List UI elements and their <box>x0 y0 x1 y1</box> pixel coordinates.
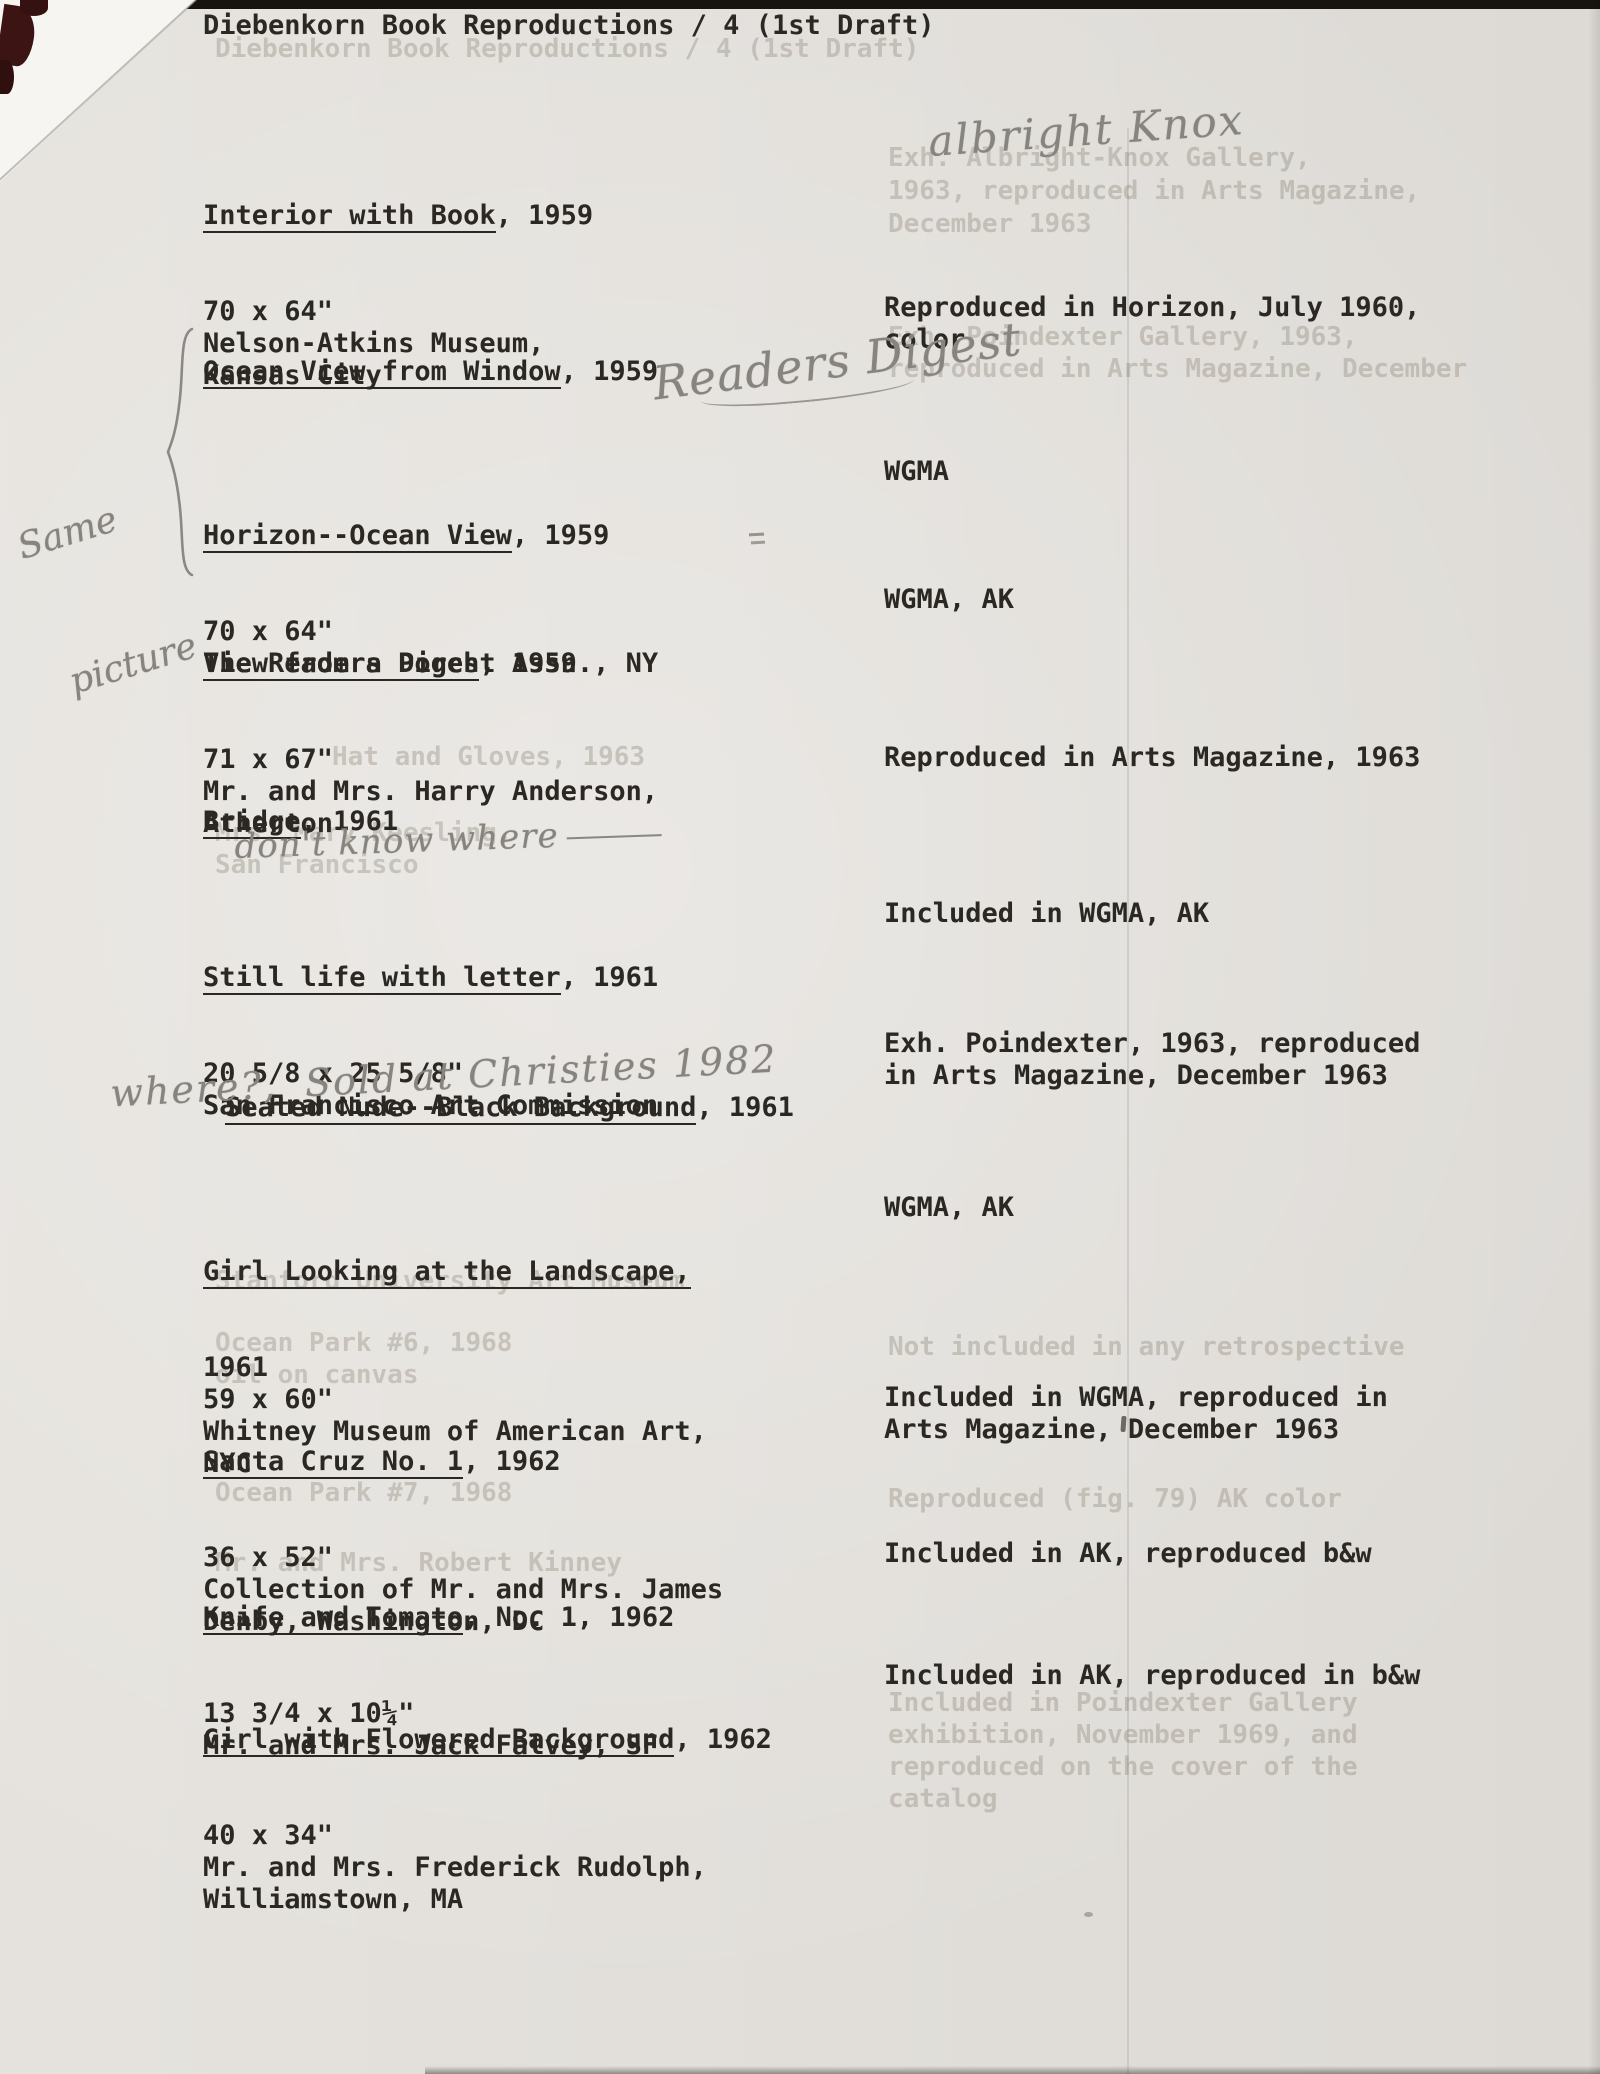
note-still-life-with-letter: Included in WGMA, AK <box>884 898 1209 930</box>
entry-title-year: , No. 1, 1962 <box>463 1602 674 1633</box>
entry-title: Horizon--Ocean View, 1959 <box>203 520 658 552</box>
entry-title-underlined: Ocean View from Window <box>203 356 561 389</box>
entry-title-year: , 1959 <box>496 200 594 231</box>
entry-title-year: , 1962 <box>674 1724 772 1755</box>
note-girl-looking-at-the-landscape: WGMA, AK <box>884 1192 1014 1224</box>
text-line: WGMA <box>884 456 949 488</box>
text-line: Included in WGMA, AK <box>884 898 1209 930</box>
entry-title-underlined: Girl Looking at the Landscape, <box>203 1256 691 1289</box>
entry-title-year: , 1961 <box>561 962 659 993</box>
bleed-through-text: Included in Poindexter Gallery <box>888 1688 1358 1718</box>
entry-title: Santa Cruz No. 1, 1962 <box>203 1446 723 1478</box>
entry-title: Girl Looking at the Landscape, <box>203 1256 707 1288</box>
handwritten-line: picture <box>54 622 203 709</box>
text-line: Included in WGMA, reproduced in <box>884 1382 1388 1414</box>
bleed-through-text: Reproduced (fig. 79) AK color <box>888 1484 1342 1514</box>
handwritten-line: Same <box>12 485 161 572</box>
entry-title-year: , 1961 <box>696 1092 794 1123</box>
scan-top-edge <box>140 0 1600 9</box>
text-line: WGMA, AK <box>884 1192 1014 1224</box>
entry-title: Interior with Book, 1959 <box>203 200 593 232</box>
pen-stroke <box>567 834 662 839</box>
note-bridge: Reproduced in Arts Magazine, 1963 <box>884 742 1420 774</box>
note-girl-with-flowered-background: Included in AK, reproduced in b&w <box>884 1660 1420 1692</box>
entry-title: Still life with letter, 1961 <box>203 962 658 994</box>
stray-ink-mark <box>749 533 764 537</box>
entry-title-underlined: Knife and Tomato <box>203 1602 463 1635</box>
scan-bottom-edge <box>425 2066 1600 2074</box>
entry-title-year: , 1959 <box>561 356 659 387</box>
entry-title-year: , 1962 <box>463 1446 561 1477</box>
text-line: Mr. and Mrs. Frederick Rudolph, <box>203 1852 772 1884</box>
entry-details: 40 x 34"Mr. and Mrs. Frederick Rudolph,W… <box>203 1820 772 1916</box>
text-line: Included in AK, reproduced in b&w <box>884 1660 1420 1692</box>
stray-ink-mark <box>751 541 765 545</box>
note-knife-and-tomato: Included in AK, reproduced b&w <box>884 1538 1372 1570</box>
note-santa-cruz-no-1: Included in WGMA, reproduced inArts Maga… <box>884 1382 1388 1446</box>
bleed-through-text: Not included in any retrospective <box>888 1332 1405 1362</box>
note-seated-nude-black-background: Exh. Poindexter, 1963, reproducedin Arts… <box>884 1028 1420 1092</box>
scanned-page: { "document": { "header": "Diebenkorn Bo… <box>0 0 1600 2074</box>
bleed-through-text: reproduced on the cover of the <box>888 1752 1358 1782</box>
bleed-through-text: 1963, reproduced in Arts Magazine, <box>888 176 1420 206</box>
page-header-title: Diebenkorn Book Reproductions / 4 (1st D… <box>203 10 935 42</box>
text-line: Exh. Poindexter, 1963, reproduced <box>884 1028 1420 1060</box>
entry-title: View from a Porch, 1959 <box>203 648 658 680</box>
entry-title-underlined: Interior with Book <box>203 200 496 233</box>
text-line: Reproduced in Arts Magazine, 1963 <box>884 742 1420 774</box>
text-line: Arts Magazine, December 1963 <box>884 1414 1388 1446</box>
note-horizon-ocean-view: WGMA <box>884 456 949 488</box>
note-view-from-a-porch: WGMA, AK <box>884 584 1014 616</box>
entry-title: Knife and Tomato, No. 1, 1962 <box>203 1602 674 1634</box>
scanner-corner-mark <box>0 60 14 94</box>
handwritten-note-dont-know-where: don't know where <box>209 772 662 868</box>
entry-title-year: , 1959 <box>512 520 610 551</box>
bleed-through-text: catalog <box>888 1784 998 1814</box>
entry-title-underlined: Santa Cruz No. 1 <box>203 1446 463 1479</box>
scan-right-edge <box>1588 0 1600 2074</box>
entry-title: Ocean View from Window, 1959 <box>203 356 658 388</box>
scanner-corner-mark <box>20 0 48 16</box>
entry-girl-with-flowered-background: Girl with Flowered Background, 1962 40 x… <box>203 1660 772 1948</box>
entry-title-underlined: Girl with Flowered Background <box>203 1724 674 1757</box>
entry-title: Girl with Flowered Background, 1962 <box>203 1724 772 1756</box>
page-crease <box>1127 128 1129 2074</box>
stray-ink-mark <box>1084 1912 1093 1917</box>
text-line: Williamstown, MA <box>203 1884 772 1916</box>
entry-title-underlined: Horizon--Ocean View <box>203 520 512 553</box>
text-line: WGMA, AK <box>884 584 1014 616</box>
bleed-through-text: exhibition, November 1969, and <box>888 1720 1358 1750</box>
entry-title-year: , 1959 <box>479 648 577 679</box>
handwritten-brace <box>166 326 196 578</box>
bleed-through-text: December 1963 <box>888 209 1092 239</box>
text-line: 1961 <box>203 1352 707 1384</box>
text-line: 40 x 34" <box>203 1820 772 1852</box>
entry-title-underlined: Still life with letter <box>203 962 561 995</box>
text-line: Included in AK, reproduced b&w <box>884 1538 1372 1570</box>
text-line: in Arts Magazine, December 1963 <box>884 1060 1420 1092</box>
entry-title-underlined: View from a Porch <box>203 648 479 681</box>
